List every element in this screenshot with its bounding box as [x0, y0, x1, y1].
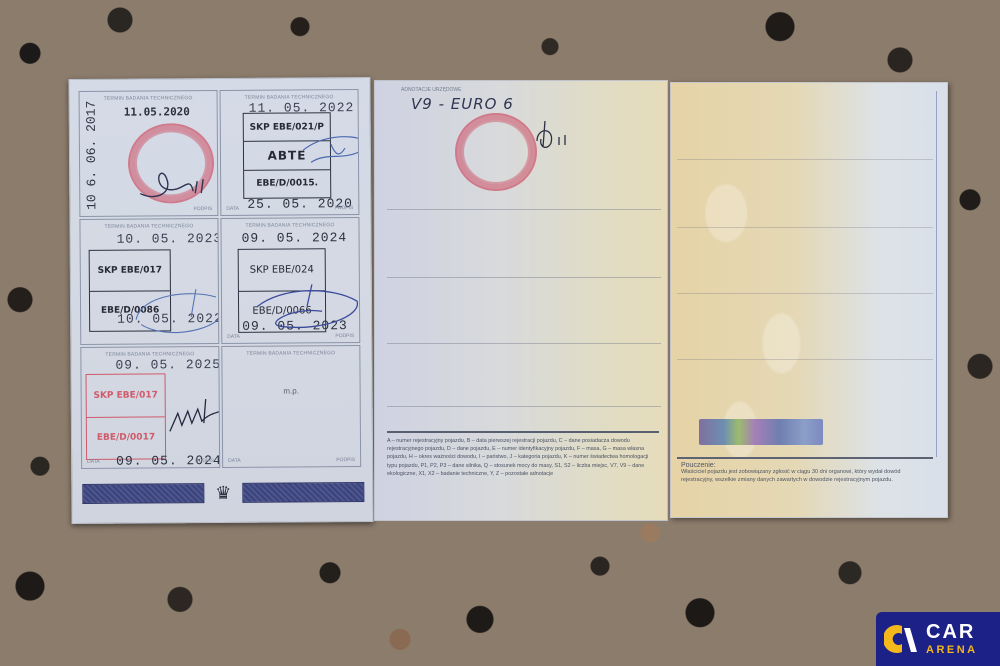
cell-footer-label: Data [226, 206, 239, 212]
hologram-sticker [699, 419, 823, 445]
registration-booklet: Termin badania technicznego 11.05.2020 1… [70, 78, 950, 523]
eagle-emblem-icon: ♛ [210, 482, 236, 504]
inspection-due-date: 09. 05. 2024 [242, 230, 348, 246]
inspection-cell-4: Termin badania technicznego 09. 05. 2024… [220, 217, 360, 344]
cell-footer-label: Data [87, 459, 100, 465]
signature [533, 117, 583, 157]
ruled-line [387, 343, 661, 344]
cell-footer-label: Podpis [195, 458, 214, 464]
ruled-line [677, 293, 933, 294]
security-pattern-right [242, 482, 364, 503]
field-legend-notes: A – numer rejestracyjny pojazdu, B – dat… [387, 431, 659, 478]
middle-page-official-notes: Adnotacje urzędowe V9 - EURO 6 A – numer… [374, 80, 668, 521]
inspection-due-date: 10. 05. 2023 [117, 231, 220, 247]
inspection-due-date: 11.05.2020 [124, 105, 190, 118]
cell-footer-label: Podpis [193, 206, 212, 212]
inspection-stamp-grid: Termin badania technicznego 11.05.2020 1… [78, 88, 363, 470]
notice-title: Pouczenie: [681, 462, 931, 469]
brand-name-car: CAR [926, 622, 978, 642]
inspection-cell-2: Termin badania technicznego 11. 05. 2022… [220, 89, 360, 216]
vertical-date-stamp: 10 6. 06. 2017 [84, 101, 100, 210]
diagnostician-code: EBE/D/0015. [244, 169, 330, 198]
car-arena-logo: CAR ARENA [876, 612, 1000, 666]
seal-placeholder: m.p. [223, 386, 360, 396]
notice-body: Właściciel pojazdu jest zobowiązany zgło… [681, 469, 931, 484]
right-page-notice: Pouczenie: Właściciel pojazdu jest zobow… [670, 82, 948, 518]
ruled-line [677, 159, 933, 160]
signature [168, 395, 221, 435]
cell-caption: Termin badania technicznego [221, 222, 358, 229]
page-border [936, 91, 937, 457]
ruled-line [387, 406, 661, 407]
cell-footer-label: Podpis [334, 205, 353, 211]
cell-caption: Termin badania technicznego [80, 95, 217, 102]
inspection-cell-3: Termin badania technicznego 10. 05. 2023… [79, 218, 219, 345]
cell-caption: Termin badania technicznego [222, 350, 359, 357]
inspection-cell-6-empty: Termin badania technicznego m.p. Data Po… [221, 345, 361, 468]
signature [252, 276, 360, 337]
diagnostician-code: EBE/D/0017 [87, 416, 165, 459]
red-round-seal [455, 113, 537, 191]
cell-footer-label: Data [228, 458, 241, 464]
security-band: ♛ [82, 481, 364, 505]
brand-name-arena: ARENA [926, 645, 978, 656]
cell-caption: Termin badania technicznego [80, 223, 217, 230]
inspection-cell-5: Termin badania technicznego 09. 05. 2025… [80, 346, 220, 469]
car-arena-logo-icon [884, 622, 918, 656]
inspection-cell-1: Termin badania technicznego 11.05.2020 1… [79, 90, 219, 217]
cell-footer-label: Podpis [335, 333, 354, 339]
security-pattern-left [82, 483, 204, 504]
station-code: SKP EBE/017 [87, 374, 165, 416]
cell-footer-label: Data [227, 334, 240, 340]
ruled-line [387, 277, 661, 278]
inspection-due-date: 09. 05. 2025 [115, 357, 220, 373]
signature [301, 130, 360, 170]
ruled-line [677, 227, 933, 228]
cell-footer-label: Podpis [336, 457, 355, 463]
left-page-inspection-stamps: Termin badania technicznego 11.05.2020 1… [68, 77, 373, 524]
page-caption: Adnotacje urzędowe [401, 87, 461, 93]
ruled-line [677, 359, 933, 360]
ruled-line [387, 209, 661, 210]
handwritten-emission-note: V9 - EURO 6 [411, 95, 514, 113]
signature [131, 279, 219, 340]
signature [135, 163, 215, 204]
notice-box: Pouczenie: Właściciel pojazdu jest zobow… [677, 457, 933, 484]
red-inspection-station-stamp: SKP EBE/017 EBE/D/0017 [86, 373, 167, 460]
